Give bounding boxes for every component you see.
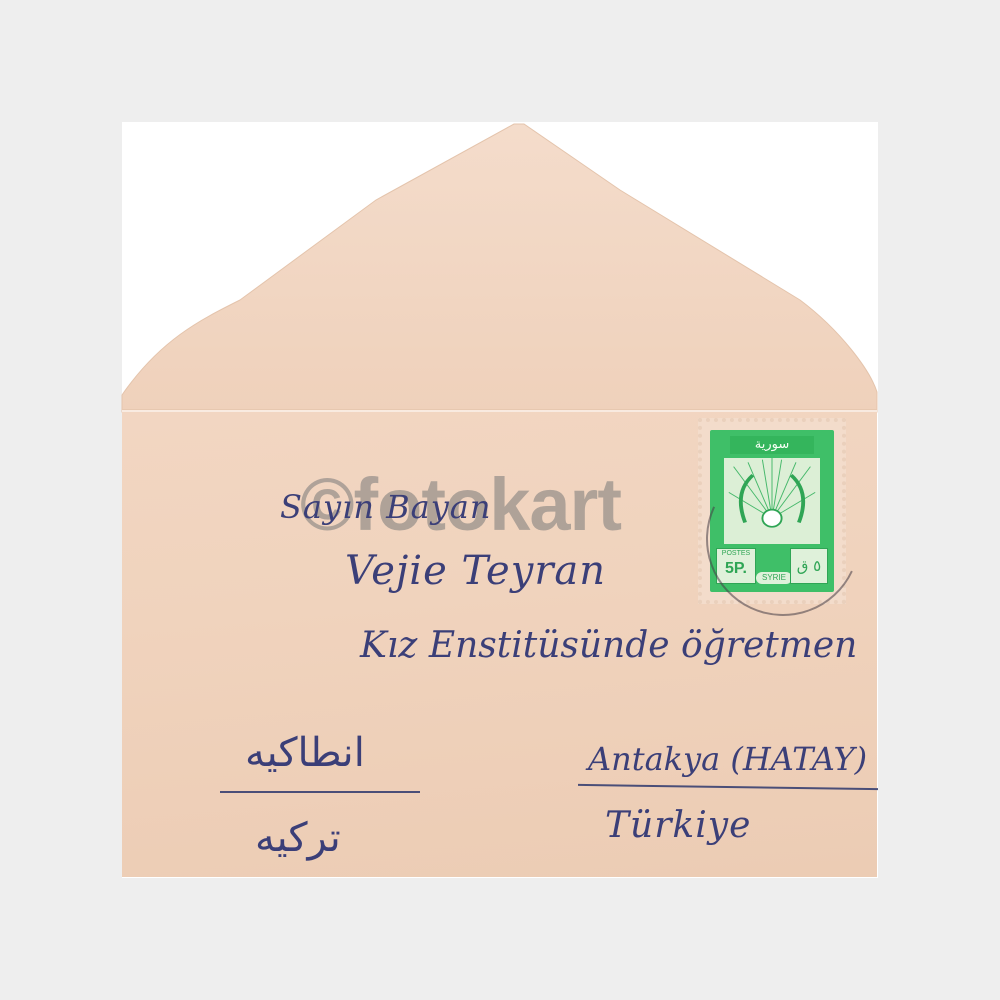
underline-arabic bbox=[220, 791, 420, 793]
address-city: Antakya (HATAY) bbox=[588, 740, 867, 778]
address-name: Vejie Teyran bbox=[345, 548, 606, 594]
address-salutation: Sayın Bayan bbox=[280, 488, 491, 526]
address-arabic-country: تركيه bbox=[255, 815, 341, 861]
address-country: Türkiye bbox=[605, 805, 751, 846]
address-arabic-city: انطاكيه bbox=[245, 730, 365, 776]
stamp-country-arabic: سورية bbox=[730, 436, 814, 454]
address-line3: Kız Enstitüsünde öğretmen bbox=[360, 625, 857, 666]
